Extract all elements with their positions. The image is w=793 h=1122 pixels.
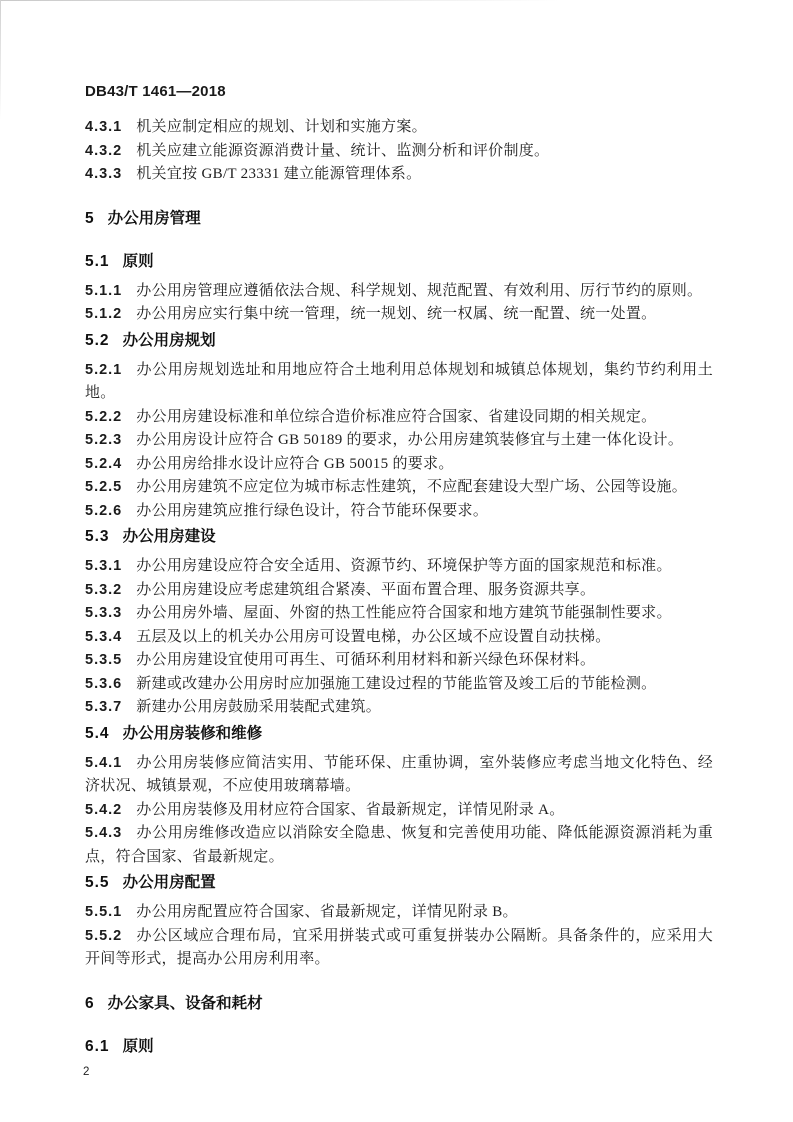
clause-text: 五层及以上的机关办公用房可设置电梯，办公区域不应设置自动扶梯。 xyxy=(136,629,610,645)
clause: 5.2.1办公用房规划选址和用地应符合土地利用总体规划和城镇总体规划，集约节约利… xyxy=(85,359,713,406)
section-heading: 5.2办公用房规划 xyxy=(85,329,713,353)
clause-text: 办公用房装修应简洁实用、节能环保、庄重协调，室外装修应考虑当地文化特色、经济状况… xyxy=(85,755,713,795)
section-heading: 6.1原则 xyxy=(85,1035,713,1059)
scan-artifact-left-edge xyxy=(0,0,1,120)
section-heading: 5.4办公用房装修和维修 xyxy=(85,722,713,746)
section-number: 5.1 xyxy=(85,253,110,270)
clause: 5.3.4五层及以上的机关办公用房可设置电梯，办公区域不应设置自动扶梯。 xyxy=(85,626,713,650)
clause-text: 新建办公用房鼓励采用装配式建筑。 xyxy=(136,699,381,715)
clause: 5.3.3办公用房外墙、屋面、外窗的热工性能应符合国家和地方建筑节能强制性要求。 xyxy=(85,602,713,626)
clause-text: 新建或改建办公用房时应加强施工建设过程的节能监管及竣工后的节能检测。 xyxy=(136,676,656,692)
clause-text: 办公用房设计应符合 GB 50189 的要求，办公用房建筑装修宜与土建一体化设计… xyxy=(136,432,683,448)
section-title: 办公用房建设 xyxy=(123,528,216,545)
clause: 5.3.2办公用房建设应考虑建筑组合紧凑、平面布置合理、服务资源共享。 xyxy=(85,579,713,603)
clause-number: 5.4.1 xyxy=(85,755,122,771)
clause-number: 5.4.3 xyxy=(85,825,122,841)
clause: 5.4.3办公用房维修改造应以消除安全隐患、恢复和完善使用功能、降低能源资源消耗… xyxy=(85,822,713,869)
clause-text: 办公用房建设宜使用可再生、可循环利用材料和新兴绿色环保材料。 xyxy=(136,652,595,668)
clause: 4.3.1机关应制定相应的规划、计划和实施方案。 xyxy=(85,116,713,140)
section-heading: 5办公用房管理 xyxy=(85,207,713,231)
clause-text: 办公区域应合理布局，宜采用拼装式或可重复拼装办公隔断。具备条件的，应采用大开间等… xyxy=(85,928,713,968)
clause: 5.3.1办公用房建设应符合安全适用、资源节约、环境保护等方面的国家规范和标准。 xyxy=(85,555,713,579)
section-number: 6 xyxy=(85,995,95,1012)
clause: 4.3.3机关宜按 GB/T 23331 建立能源管理体系。 xyxy=(85,163,713,187)
clause-text: 机关宜按 GB/T 23331 建立能源管理体系。 xyxy=(136,166,421,182)
clause: 5.3.7新建办公用房鼓励采用装配式建筑。 xyxy=(85,696,713,720)
clause-text: 办公用房应实行集中统一管理，统一规划、统一权属、统一配置、统一处置。 xyxy=(136,306,656,322)
clause-number: 5.3.1 xyxy=(85,558,122,574)
clause-number: 5.5.2 xyxy=(85,928,122,944)
section-title: 办公用房规划 xyxy=(123,332,216,349)
clause-number: 5.2.3 xyxy=(85,432,122,448)
clause-text: 办公用房维修改造应以消除安全隐患、恢复和完善使用功能、降低能源资源消耗为重点，符… xyxy=(85,825,713,865)
clause-text: 办公用房建设应考虑建筑组合紧凑、平面布置合理、服务资源共享。 xyxy=(136,582,595,598)
clause-text: 办公用房给排水设计应符合 GB 50015 的要求。 xyxy=(136,456,453,472)
clause-text: 办公用房规划选址和用地应符合土地利用总体规划和城镇总体规划，集约节约利用土地。 xyxy=(85,362,713,402)
clause: 5.2.4办公用房给排水设计应符合 GB 50015 的要求。 xyxy=(85,453,713,477)
section-number: 5 xyxy=(85,210,95,227)
clause-text: 办公用房建筑应推行绿色设计，符合节能环保要求。 xyxy=(136,503,488,519)
clause-number: 5.5.1 xyxy=(85,904,122,920)
section-title: 办公用房配置 xyxy=(123,874,216,891)
section-title: 原则 xyxy=(123,253,154,270)
clause-text: 办公用房建设应符合安全适用、资源节约、环境保护等方面的国家规范和标准。 xyxy=(136,558,672,574)
clause: 5.1.1办公用房管理应遵循依法合规、科学规划、规范配置、有效利用、厉行节约的原… xyxy=(85,280,713,304)
clause: 5.2.5办公用房建筑不应定位为城市标志性建筑，不应配套建设大型广场、公园等设施… xyxy=(85,476,713,500)
clause-text: 机关应建立能源资源消费计量、统计、监测分析和评价制度。 xyxy=(136,143,549,159)
document-header-standard-number: DB43/T 1461—2018 xyxy=(85,82,713,102)
clause-number: 5.2.5 xyxy=(85,479,122,495)
clause-number: 4.3.2 xyxy=(85,143,122,159)
clause: 5.2.3办公用房设计应符合 GB 50189 的要求，办公用房建筑装修宜与土建… xyxy=(85,429,713,453)
section-title: 原则 xyxy=(123,1038,154,1055)
clause-number: 4.3.1 xyxy=(85,119,122,135)
clause: 5.2.2办公用房建设标准和单位综合造价标准应符合国家、省建设同期的相关规定。 xyxy=(85,406,713,430)
clause: 5.4.1办公用房装修应简洁实用、节能环保、庄重协调，室外装修应考虑当地文化特色… xyxy=(85,752,713,799)
section-heading: 5.1原则 xyxy=(85,250,713,274)
section-title: 办公用房管理 xyxy=(108,210,201,227)
clause: 4.3.2机关应建立能源资源消费计量、统计、监测分析和评价制度。 xyxy=(85,140,713,164)
section-heading: 5.5办公用房配置 xyxy=(85,871,713,895)
clause-number: 4.3.3 xyxy=(85,166,122,182)
clause-number: 5.2.6 xyxy=(85,503,122,519)
clause-number: 5.3.4 xyxy=(85,629,122,645)
clause-number: 5.3.3 xyxy=(85,605,122,621)
section-number: 5.3 xyxy=(85,528,110,545)
clause-number: 5.1.1 xyxy=(85,283,122,299)
clause-number: 5.4.2 xyxy=(85,802,122,818)
clause-number: 5.1.2 xyxy=(85,306,122,322)
clause-text: 办公用房外墙、屋面、外窗的热工性能应符合国家和地方建筑节能强制性要求。 xyxy=(136,605,672,621)
clause-number: 5.3.7 xyxy=(85,699,122,715)
section-heading: 6办公家具、设备和耗材 xyxy=(85,992,713,1016)
clause: 5.5.1办公用房配置应符合国家、省最新规定，详情见附录 B。 xyxy=(85,901,713,925)
clause-number: 5.2.2 xyxy=(85,409,122,425)
page-number: 2 xyxy=(83,1065,713,1079)
clause-text: 办公用房建筑不应定位为城市标志性建筑，不应配套建设大型广场、公园等设施。 xyxy=(136,479,687,495)
standard-document-page: DB43/T 1461—2018 4.3.1机关应制定相应的规划、计划和实施方案… xyxy=(0,0,793,1079)
scan-artifact-top-edge xyxy=(0,0,560,1)
clause: 5.5.2办公区域应合理布局，宜采用拼装式或可重复拼装办公隔断。具备条件的，应采… xyxy=(85,925,713,972)
clause-number: 5.3.5 xyxy=(85,652,122,668)
clause-number: 5.2.4 xyxy=(85,456,122,472)
section-number: 5.4 xyxy=(85,725,110,742)
clause-text: 机关应制定相应的规划、计划和实施方案。 xyxy=(136,119,427,135)
section-number: 5.5 xyxy=(85,874,110,891)
section-title: 办公用房装修和维修 xyxy=(123,725,263,742)
clause-number: 5.3.6 xyxy=(85,676,122,692)
clause: 5.2.6办公用房建筑应推行绿色设计，符合节能环保要求。 xyxy=(85,500,713,524)
clause: 5.4.2办公用房装修及用材应符合国家、省最新规定，详情见附录 A。 xyxy=(85,799,713,823)
clause-text: 办公用房管理应遵循依法合规、科学规划、规范配置、有效利用、厉行节约的原则。 xyxy=(136,283,702,299)
document-body: 4.3.1机关应制定相应的规划、计划和实施方案。4.3.2机关应建立能源资源消费… xyxy=(85,116,713,1059)
section-number: 6.1 xyxy=(85,1038,110,1055)
clause: 5.3.6新建或改建办公用房时应加强施工建设过程的节能监管及竣工后的节能检测。 xyxy=(85,673,713,697)
section-number: 5.2 xyxy=(85,332,110,349)
clause-text: 办公用房配置应符合国家、省最新规定，详情见附录 B。 xyxy=(136,904,518,920)
clause: 5.3.5办公用房建设宜使用可再生、可循环利用材料和新兴绿色环保材料。 xyxy=(85,649,713,673)
clause-number: 5.2.1 xyxy=(85,362,122,378)
clause-number: 5.3.2 xyxy=(85,582,122,598)
section-heading: 5.3办公用房建设 xyxy=(85,525,713,549)
clause-text: 办公用房建设标准和单位综合造价标准应符合国家、省建设同期的相关规定。 xyxy=(136,409,656,425)
section-title: 办公家具、设备和耗材 xyxy=(108,995,263,1012)
document-page: { "page": { "header": "DB43/T 1461—2018"… xyxy=(0,0,793,1122)
clause: 5.1.2办公用房应实行集中统一管理，统一规划、统一权属、统一配置、统一处置。 xyxy=(85,303,713,327)
clause-text: 办公用房装修及用材应符合国家、省最新规定，详情见附录 A。 xyxy=(136,802,564,818)
